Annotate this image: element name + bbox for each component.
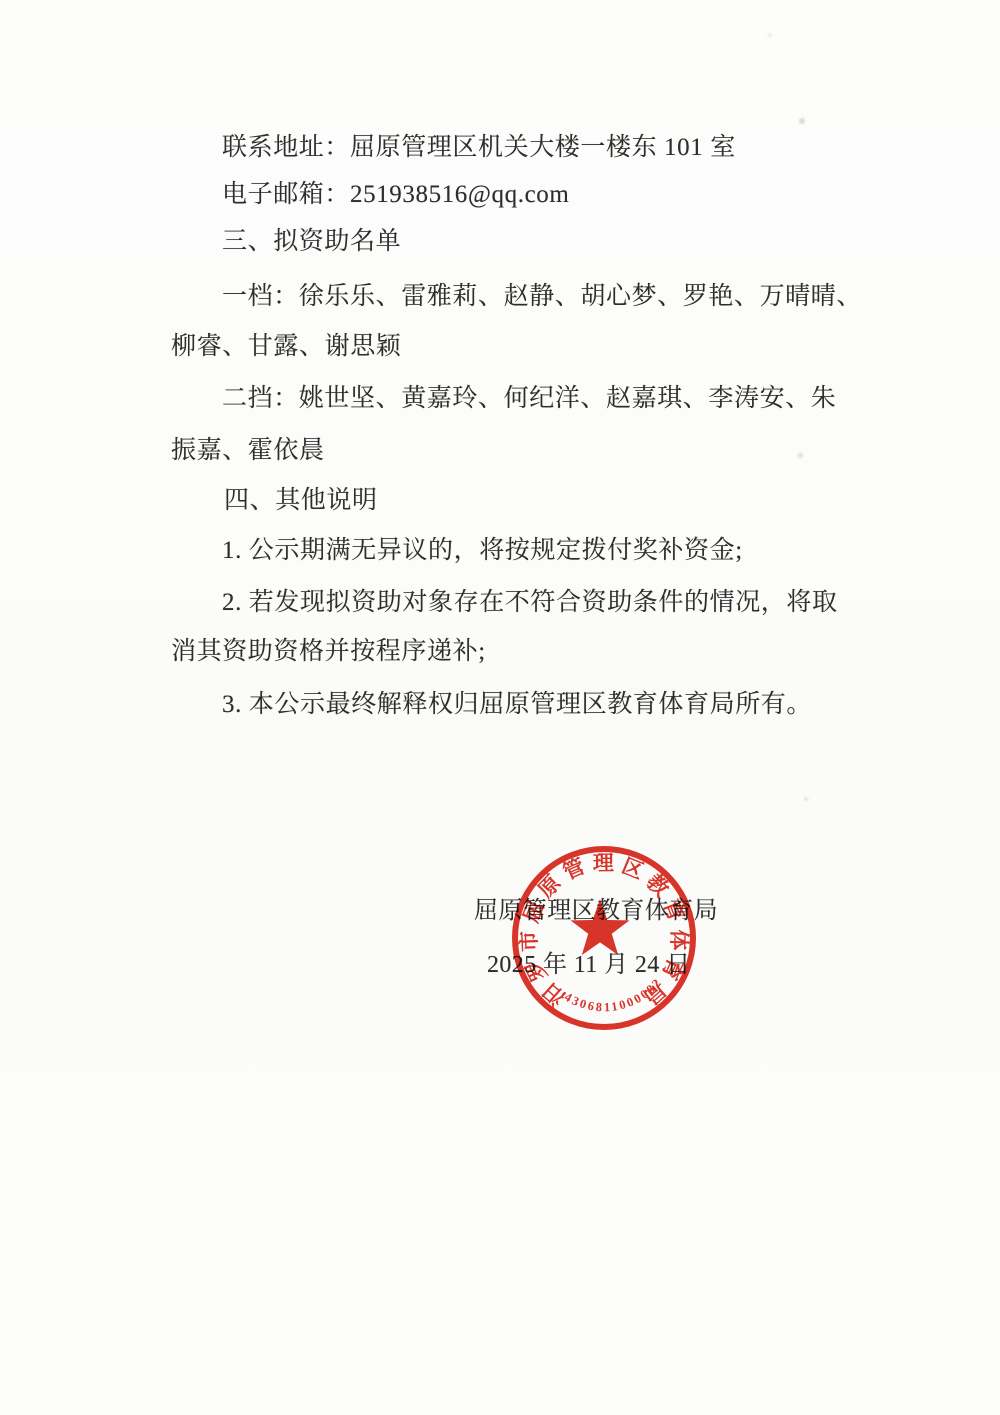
scan-speck xyxy=(768,33,772,37)
scanned-notice-page: 联系地址：屈原管理区机关大楼一楼东 101 室 电子邮箱：251938516@q… xyxy=(0,0,1000,1415)
seal-star-icon xyxy=(571,899,630,955)
section-3-heading: 三、拟资助名单 xyxy=(222,227,401,257)
official-seal-stamp: 汨罗市屈原管理区教育体育局 43068110000826 xyxy=(494,828,714,1048)
tier1-list-line-2: 柳睿、甘露、谢思颖 xyxy=(171,332,401,362)
tier2-list-line-2: 振嘉、霍依晨 xyxy=(171,436,325,466)
note-2-line-1: 2. 若发现拟资助对象存在不符合资助条件的情况，将取 xyxy=(222,588,838,618)
scan-speck xyxy=(798,453,803,458)
scan-speck xyxy=(799,118,805,124)
note-1-line: 1. 公示期满无异议的，将按规定拨付奖补资金; xyxy=(222,536,743,566)
contact-email-line: 电子邮箱：251938516@qq.com xyxy=(222,180,569,210)
note-2-line-2: 消其资助资格并按程序递补; xyxy=(171,637,486,667)
tier2-list-line-1: 二挡：姚世坚、黄嘉玲、何纪洋、赵嘉琪、李涛安、朱 xyxy=(222,384,836,414)
note-3-line: 3. 本公示最终解释权归屈原管理区教育体育局所有。 xyxy=(222,690,812,720)
tier1-list-line-1: 一档：徐乐乐、雷雅莉、赵静、胡心梦、罗艳、万晴晴、 xyxy=(222,282,862,312)
section-4-heading: 四、其他说明 xyxy=(224,486,378,516)
scan-speck xyxy=(804,797,808,801)
contact-address-line: 联系地址：屈原管理区机关大楼一楼东 101 室 xyxy=(222,133,736,163)
